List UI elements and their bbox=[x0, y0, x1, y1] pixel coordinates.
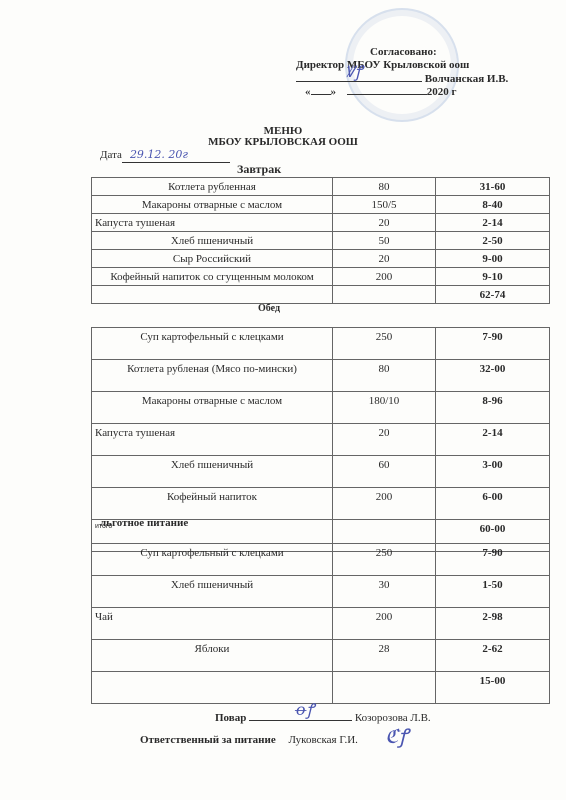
dish-weight bbox=[333, 286, 436, 304]
cook-signature: ꝋꝭ bbox=[295, 698, 314, 720]
dish-price: 2-98 bbox=[436, 608, 550, 640]
dish-name: Хлеб пшеничный bbox=[92, 576, 333, 608]
dish-price: 7-90 bbox=[436, 328, 550, 360]
table-row: Макароны отварные с маслом150/58-40 bbox=[92, 196, 550, 214]
dish-price: 2-14 bbox=[436, 214, 550, 232]
dish-price: 8-40 bbox=[436, 196, 550, 214]
dish-price: 1-50 bbox=[436, 576, 550, 608]
approval-position: Директор МБОУ Крыловской оош bbox=[296, 58, 469, 72]
date-label: Дата bbox=[100, 149, 122, 161]
responsible-signature-row: Ответственный за питание Луковская Г.И. bbox=[140, 733, 358, 747]
dish-weight: 250 bbox=[333, 544, 436, 576]
approval-name: Волчанская И.В. bbox=[425, 73, 509, 85]
table-row: Котлета рубленная8031-60 bbox=[92, 178, 550, 196]
table-row: Хлеб пшеничный301-50 bbox=[92, 576, 550, 608]
preferential-title: льготное питание bbox=[100, 517, 188, 529]
dish-price: 3-00 bbox=[436, 456, 550, 488]
table-row: Капуста тушеная202-14 bbox=[92, 214, 550, 232]
dish-name: Котлета рубленая (Мясо по-мински) bbox=[92, 360, 333, 392]
breakfast-table: Котлета рубленная8031-60Макароны отварны… bbox=[91, 177, 550, 304]
dish-weight: 20 bbox=[333, 214, 436, 232]
dish-weight: 250 bbox=[333, 328, 436, 360]
dish-price: 6-00 bbox=[436, 488, 550, 520]
table-row: Сыр Российский209-00 bbox=[92, 250, 550, 268]
dish-price: 9-10 bbox=[436, 268, 550, 286]
director-signature: Ꝟꝭ bbox=[345, 60, 362, 82]
dish-weight: 80 bbox=[333, 178, 436, 196]
lunch-title: Обед bbox=[258, 303, 280, 314]
approval-signature-line: Волчанская И.В. bbox=[296, 72, 508, 86]
dish-weight: 20 bbox=[333, 424, 436, 456]
table-row: Кофейный напиток со сгущенным молоком200… bbox=[92, 268, 550, 286]
dish-name: Макароны отварные с маслом bbox=[92, 392, 333, 424]
responsible-name: Луковская Г.И. bbox=[288, 734, 357, 746]
approval-label: Согласовано: bbox=[370, 45, 437, 59]
dish-weight: 28 bbox=[333, 640, 436, 672]
dish-name: Суп картофельный с клецками bbox=[92, 328, 333, 360]
table-row: Кофейный напиток2006-00 bbox=[92, 488, 550, 520]
table-row: 15-00 bbox=[92, 672, 550, 704]
dish-name: Хлеб пшеничный bbox=[92, 232, 333, 250]
dish-weight: 200 bbox=[333, 488, 436, 520]
dish-weight: 150/5 bbox=[333, 196, 436, 214]
dish-price: 2-14 bbox=[436, 424, 550, 456]
school-name: МБОУ КРЫЛОВСКАЯ ООШ bbox=[0, 136, 566, 148]
responsible-label: Ответственный за питание bbox=[140, 734, 276, 746]
responsible-signature: ℭꝭ bbox=[385, 722, 408, 749]
dish-price: 62-74 bbox=[436, 286, 550, 304]
dish-name bbox=[92, 286, 333, 304]
dish-price: 9-00 bbox=[436, 250, 550, 268]
dish-name: Капуста тушеная bbox=[92, 424, 333, 456]
dish-name: Чай bbox=[92, 608, 333, 640]
dish-weight: 20 bbox=[333, 250, 436, 268]
dish-name: Сыр Российский bbox=[92, 250, 333, 268]
table-row: Чай2002-98 bbox=[92, 608, 550, 640]
dish-weight: 80 bbox=[333, 360, 436, 392]
table-row: Котлета рубленая (Мясо по-мински)8032-00 bbox=[92, 360, 550, 392]
dish-name: Кофейный напиток bbox=[92, 488, 333, 520]
approval-date: «» 2020 г bbox=[305, 85, 457, 99]
table-row: Макароны отварные с маслом180/108-96 bbox=[92, 392, 550, 424]
table-row: Суп картофельный с клецками2507-90 bbox=[92, 328, 550, 360]
dish-name: Кофейный напиток со сгущенным молоком bbox=[92, 268, 333, 286]
table-row: Яблоки282-62 bbox=[92, 640, 550, 672]
table-row: Суп картофельный с клецками2507-90 bbox=[92, 544, 550, 576]
date-value: 29.12. 20г bbox=[122, 148, 230, 163]
dish-name: Яблоки bbox=[92, 640, 333, 672]
dish-price: 7-90 bbox=[436, 544, 550, 576]
preferential-table: Суп картофельный с клецками2507-90Хлеб п… bbox=[91, 543, 550, 704]
dish-weight: 60 bbox=[333, 456, 436, 488]
breakfast-title: Завтрак bbox=[237, 162, 281, 177]
table-row: Хлеб пшеничный603-00 bbox=[92, 456, 550, 488]
dish-name: Котлета рубленная bbox=[92, 178, 333, 196]
dish-weight: 180/10 bbox=[333, 392, 436, 424]
date-field: Дата29.12. 20г bbox=[100, 148, 230, 163]
table-row: Капуста тушеная202-14 bbox=[92, 424, 550, 456]
table-row: Хлеб пшеничный502-50 bbox=[92, 232, 550, 250]
cook-label: Повар bbox=[215, 712, 246, 724]
dish-price: 8-96 bbox=[436, 392, 550, 424]
dish-price: 2-62 bbox=[436, 640, 550, 672]
dish-weight: 30 bbox=[333, 576, 436, 608]
dish-price: 2-50 bbox=[436, 232, 550, 250]
dish-name: Хлеб пшеничный bbox=[92, 456, 333, 488]
dish-name: Суп картофельный с клецками bbox=[92, 544, 333, 576]
dish-weight: 200 bbox=[333, 608, 436, 640]
dish-weight: 200 bbox=[333, 268, 436, 286]
dish-weight: 50 bbox=[333, 232, 436, 250]
dish-name: Макароны отварные с маслом bbox=[92, 196, 333, 214]
dish-price: 32-00 bbox=[436, 360, 550, 392]
dish-price: 31-60 bbox=[436, 178, 550, 196]
dish-price: 15-00 bbox=[436, 672, 550, 704]
dish-weight bbox=[333, 672, 436, 704]
dish-name: Капуста тушеная bbox=[92, 214, 333, 232]
table-row: 62-74 bbox=[92, 286, 550, 304]
